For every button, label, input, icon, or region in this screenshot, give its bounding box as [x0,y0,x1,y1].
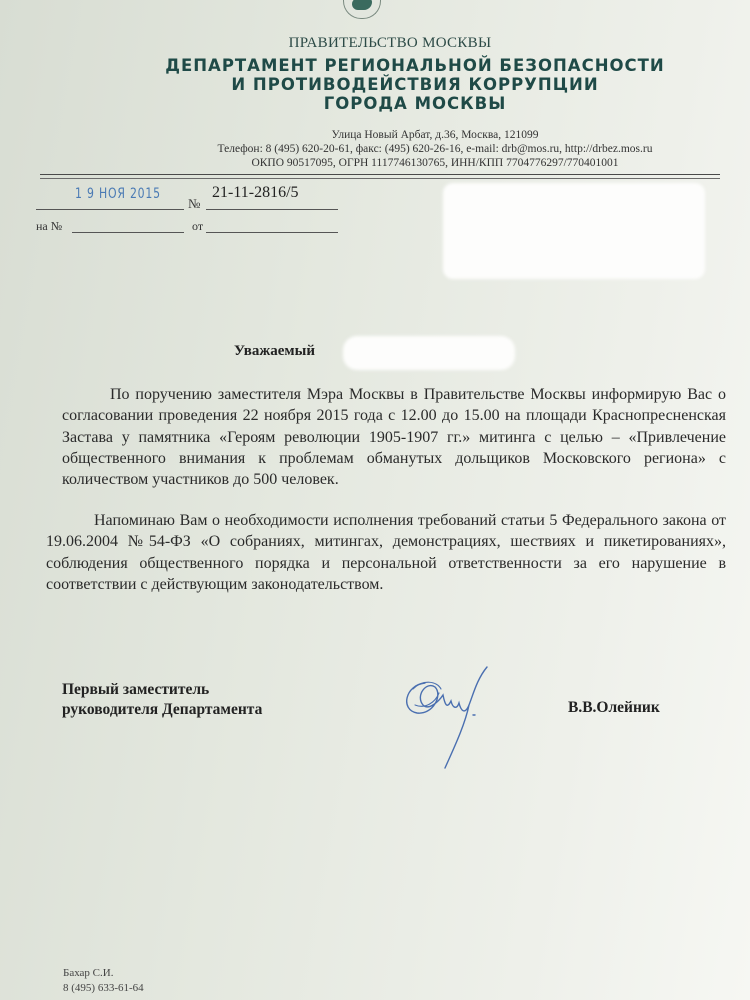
signatory-title-line-1: Первый заместитель [62,680,262,700]
date-line [36,209,184,210]
signatory-title: Первый заместитель руководителя Департам… [62,680,262,720]
salutation: Уважаемый [234,343,315,360]
reply-to-label: на № [36,219,62,234]
letter-page: ПРАВИТЕЛЬСТВО МОСКВЫ ДЕПАРТАМЕНТ РЕГИОНА… [0,0,750,1000]
handwritten-signature-icon [395,665,505,770]
letterhead-contacts: Улица Новый Арбат, д.36, Москва, 121099 … [0,128,750,170]
from-label: от [192,219,203,234]
paragraph-1-text: По поручению заместителя Мэра Москвы в П… [62,384,726,490]
number-line [206,209,338,210]
paragraph-2: Напоминаю Вам о необходимости исполнения… [46,510,726,595]
department-line-2: И ПРОТИВОДЕЙСТВИЯ КОРРУПЦИИ [80,75,750,94]
paragraph-2-text: Напоминаю Вам о необходимости исполнения… [46,510,726,595]
contacts: Телефон: 8 (495) 620-20-61, факс: (495) … [120,142,750,156]
from-line [206,232,338,233]
department-line-1: ДЕПАРТАМЕНТ РЕГИОНАЛЬНОЙ БЕЗОПАСНОСТИ [80,56,750,75]
executor-phone: 8 (495) 633-61-64 [63,981,144,996]
moscow-coat-of-arms-icon [343,0,381,19]
date-stamp: 1 9 НОЯ 2015 [75,186,161,202]
executor-name: Бахар С.И. [63,966,144,981]
signatory-title-line-2: руководителя Департамента [62,700,262,720]
number-sign: № [188,196,200,212]
reply-to-line [72,232,184,233]
address: Улица Новый Арбат, д.36, Москва, 121099 [120,128,750,142]
registry-codes: ОКПО 90517095, ОГРН 1117746130765, ИНН/К… [120,156,750,170]
letterhead-divider [40,174,720,179]
department-line-3: ГОРОДА МОСКВЫ [80,94,750,113]
redacted-recipient-name [343,336,515,370]
government-name: ПРАВИТЕЛЬСТВО МОСКВЫ [0,35,750,52]
paragraph-1: По поручению заместителя Мэра Москвы в П… [62,384,726,490]
registration-number: 21-11-2816/5 [212,184,299,202]
redacted-recipient-address [443,183,705,279]
executor-info: Бахар С.И. 8 (495) 633-61-64 [63,966,144,996]
signatory-name: В.В.Олейник [568,699,660,717]
department-name: ДЕПАРТАМЕНТ РЕГИОНАЛЬНОЙ БЕЗОПАСНОСТИ И … [0,56,750,113]
